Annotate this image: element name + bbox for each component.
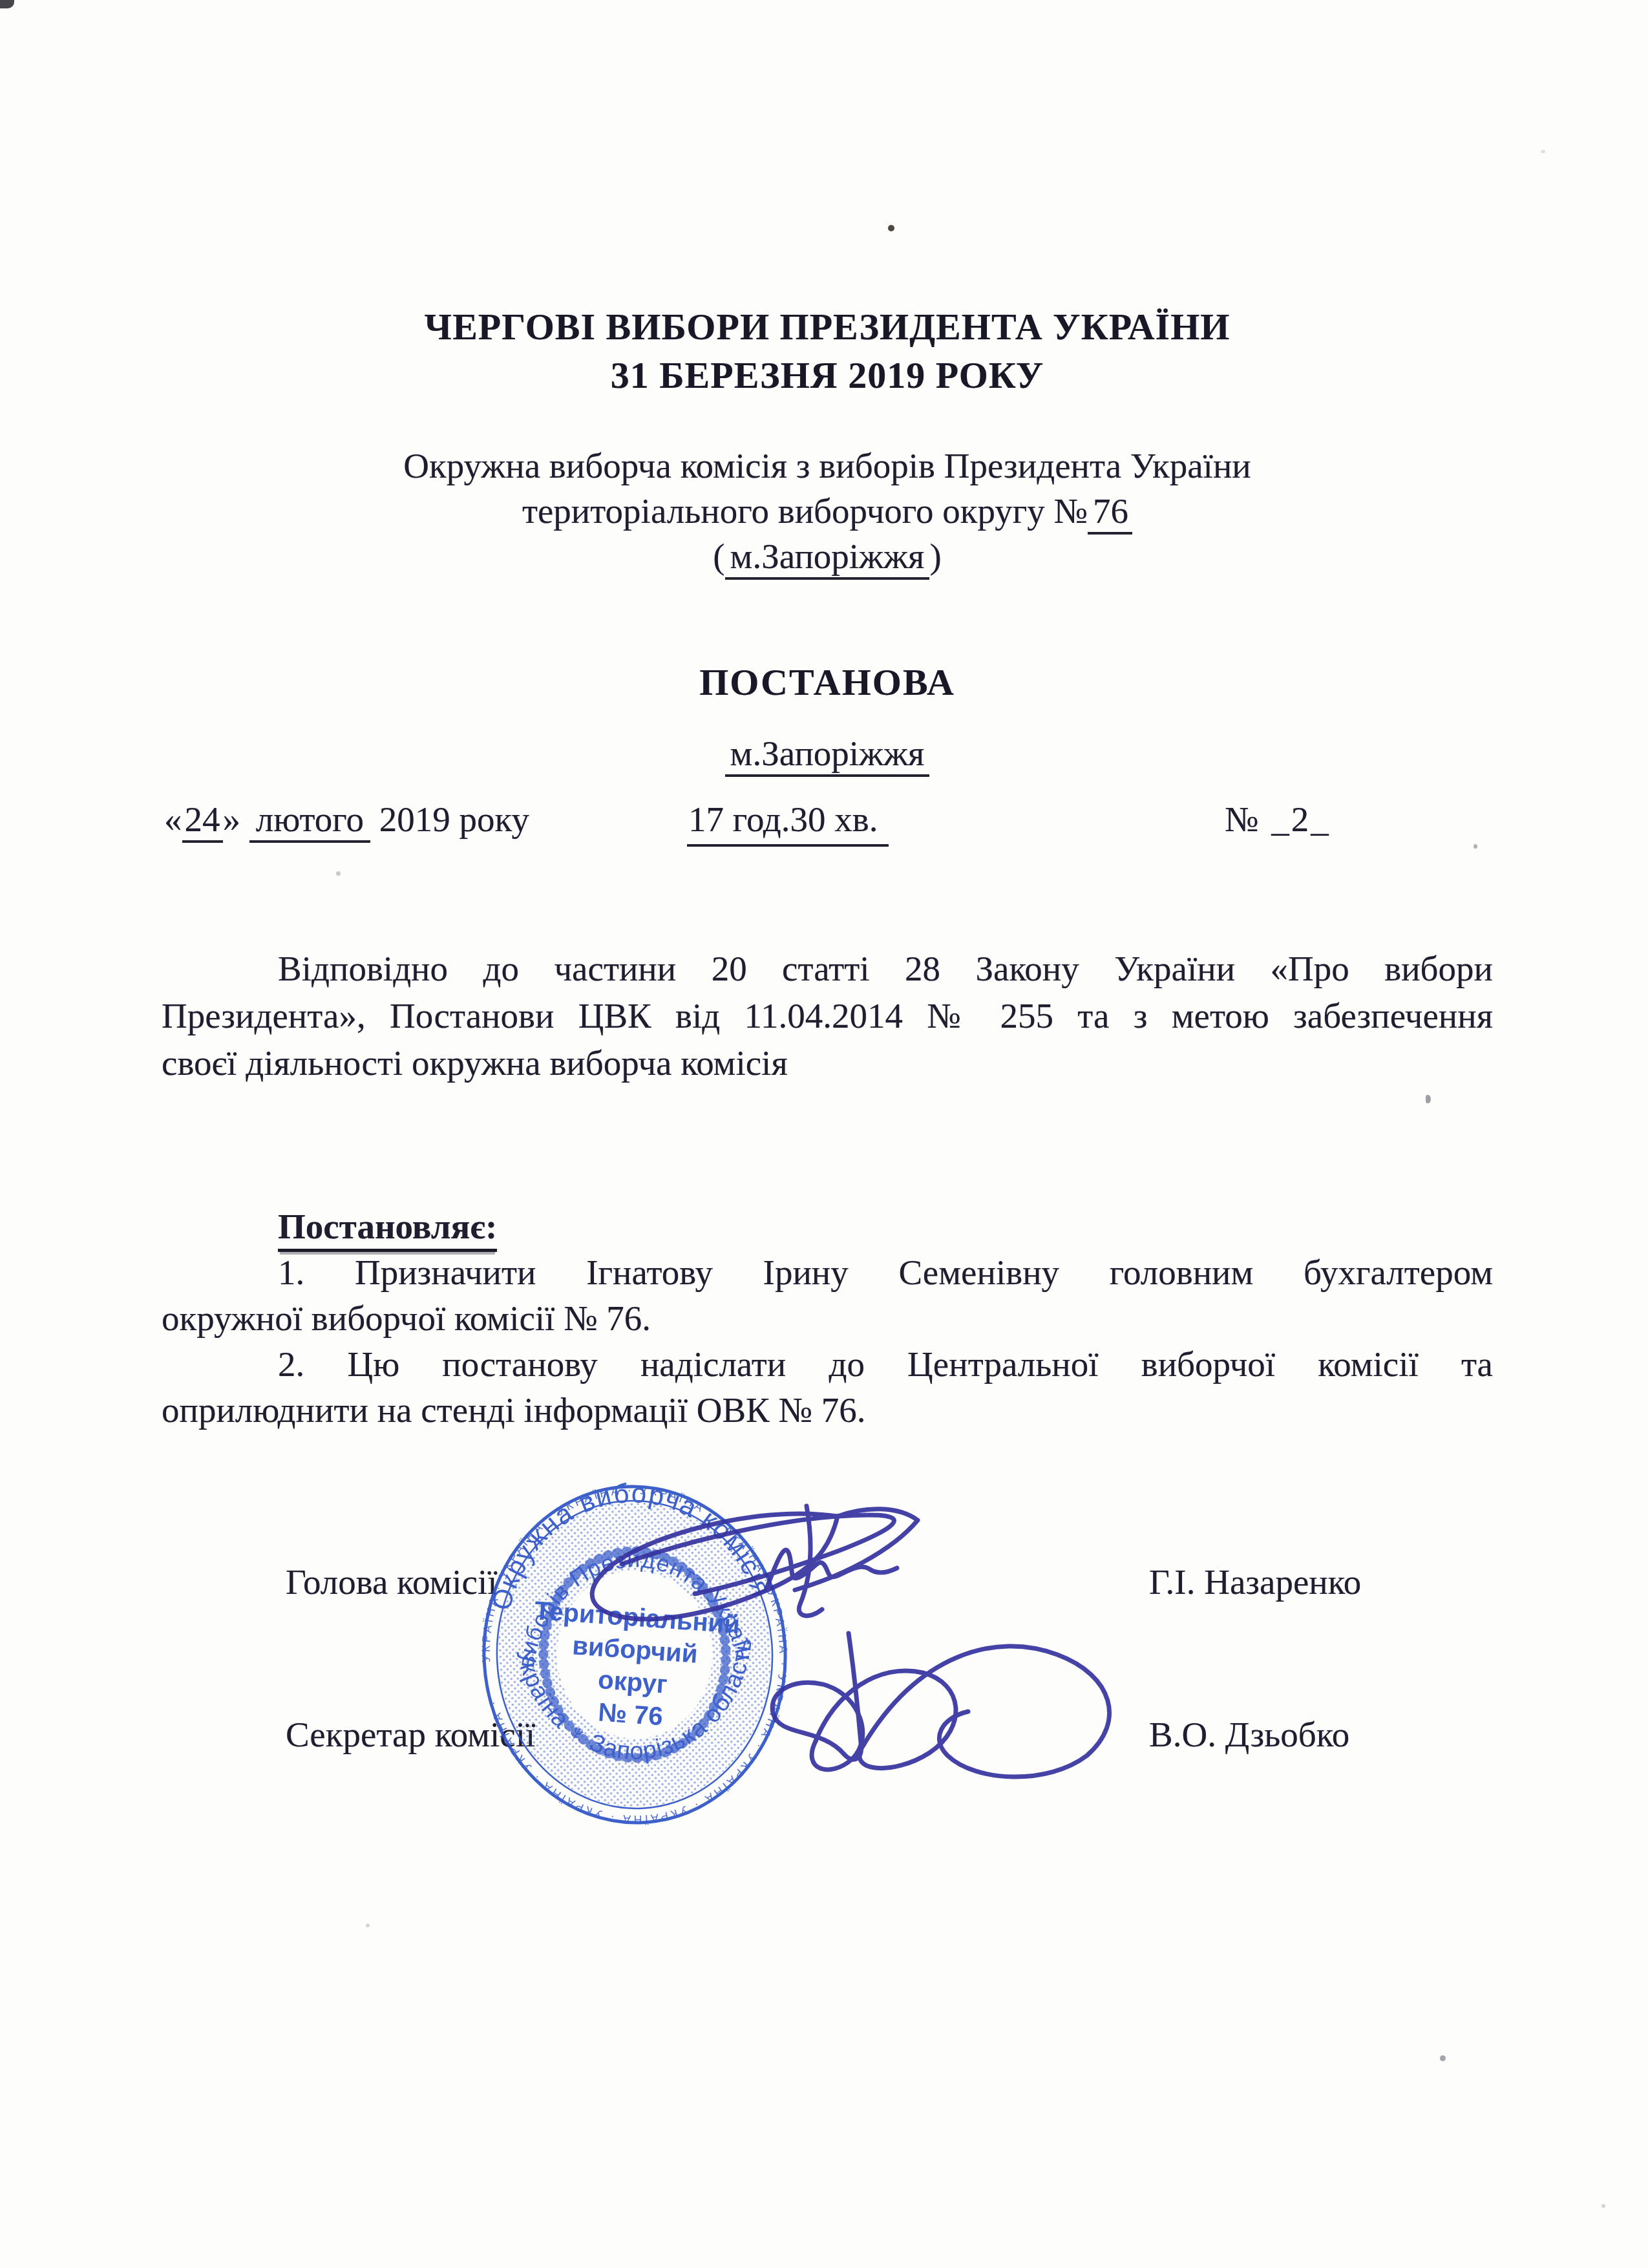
- scan-speck: [888, 225, 894, 231]
- scan-speck: [1541, 150, 1545, 153]
- doc-date-day: 24: [182, 800, 223, 843]
- paren-open: (: [713, 536, 724, 576]
- org-district-number: 76: [1088, 491, 1132, 535]
- doc-type-heading: ПОСТАНОВА: [162, 659, 1493, 706]
- org-line-2: територіального виборчого округу №76: [162, 489, 1493, 534]
- preamble-line: Президента», Постанови ЦВК від 11.04.201…: [162, 992, 1493, 1039]
- number-label: №: [1225, 800, 1260, 839]
- scan-speck: [1440, 2055, 1446, 2061]
- scan-speck: [336, 871, 341, 876]
- chairman-role-label: Голова комісії: [286, 1559, 498, 1606]
- place-city: м.Запоріжжя: [725, 734, 930, 777]
- doc-date-year: 2019 року: [379, 800, 529, 839]
- doc-number: № _2_: [1225, 796, 1331, 843]
- preamble-paragraph: Відповідно до частини 20 статті 28 Закон…: [162, 945, 1493, 1086]
- stamp-outer-ring: [476, 1479, 794, 1830]
- round-stamp: УКРАЇНА · УКРАЇНА · УКРАЇНА · УКРАЇНА · …: [470, 1470, 799, 1834]
- paren-close: ): [929, 536, 941, 576]
- resolves-heading: Постановляє:: [278, 1207, 497, 1252]
- quote-open: «: [164, 800, 182, 839]
- org-city: м.Запоріжжя: [725, 536, 930, 580]
- document-page: ЧЕРГОВІ ВИБОРИ ПРЕЗИДЕНТА УКРАЇНИ 31 БЕР…: [0, 0, 1648, 2268]
- scan-speck: [366, 1924, 370, 1927]
- resolution-item-1-line-2: окружної виборчої комісії № 76.: [162, 1295, 1493, 1341]
- org-line-1: Окружна виборча комісія з виборів Презид…: [162, 443, 1493, 489]
- resolution-item-2-line-1: 2. Цю постанову надіслати до Центральної…: [162, 1341, 1493, 1387]
- preamble-line: своєї діяльності окружна виборча комісія: [162, 1039, 1493, 1086]
- resolution-item-2-line-2: оприлюднити на стенді інформації ОВК № 7…: [162, 1387, 1493, 1433]
- doc-date: «24» лютого 2019 року: [164, 796, 529, 843]
- scan-speck: [1601, 2204, 1605, 2208]
- resolution-item-1-line-1: 1. Призначити Ігнатову Ірину Семенівну г…: [162, 1249, 1493, 1295]
- stamp-inner-ring: [489, 1494, 780, 1816]
- number-value: _2_: [1271, 800, 1331, 839]
- doc-date-month: лютого: [249, 800, 370, 843]
- stamp-micro-ring-text: УКРАЇНА · УКРАЇНА · УКРАЇНА · УКРАЇНА · …: [470, 1476, 798, 1834]
- place-line: м.Запоріжжя: [162, 730, 1493, 777]
- preamble-line: Відповідно до частини 20 статті 28 Закон…: [162, 945, 1493, 992]
- quote-close: »: [223, 800, 241, 839]
- stamp-halftone-band: [491, 1495, 779, 1814]
- secretary-role-label: Секретар комісії: [286, 1712, 535, 1758]
- org-line-3: (м.Запоріжжя): [162, 534, 1493, 579]
- resolution-block: Постановляє: 1. Призначити Ігнатову Ірин…: [162, 1203, 1493, 1433]
- scan-corner-mark: [0, 0, 14, 8]
- org-district-label: територіального виборчого округу №: [522, 491, 1088, 531]
- scan-speck: [1426, 1095, 1431, 1103]
- secretary-name: В.О. Дзьобко: [1149, 1712, 1349, 1758]
- doc-time: 17 год.30 хв.: [687, 796, 889, 847]
- signature-row-chairman: Голова комісії Г.І. Назаренко: [162, 1559, 1493, 1611]
- document-title: ЧЕРГОВІ ВИБОРИ ПРЕЗИДЕНТА УКРАЇНИ 31 БЕР…: [162, 302, 1493, 399]
- date-row: «24» лютого 2019 року 17 год.30 хв. № _2…: [162, 796, 1493, 848]
- title-line-1: ЧЕРГОВІ ВИБОРИ ПРЕЗИДЕНТА УКРАЇНИ: [162, 302, 1493, 351]
- chairman-name: Г.І. Назаренко: [1149, 1559, 1361, 1606]
- scan-speck: [1474, 844, 1477, 849]
- issuing-org: Окружна виборча комісія з виборів Презид…: [162, 443, 1493, 579]
- resolves-heading-line: Постановляє:: [162, 1203, 1493, 1249]
- title-line-2: 31 БЕРЕЗНЯ 2019 РОКУ: [162, 351, 1493, 399]
- signature-row-secretary: Секретар комісії В.О. Дзьобко: [162, 1712, 1493, 1763]
- stamp-center-line: округ: [597, 1666, 668, 1699]
- stamp-center-line: виборчий: [571, 1631, 699, 1668]
